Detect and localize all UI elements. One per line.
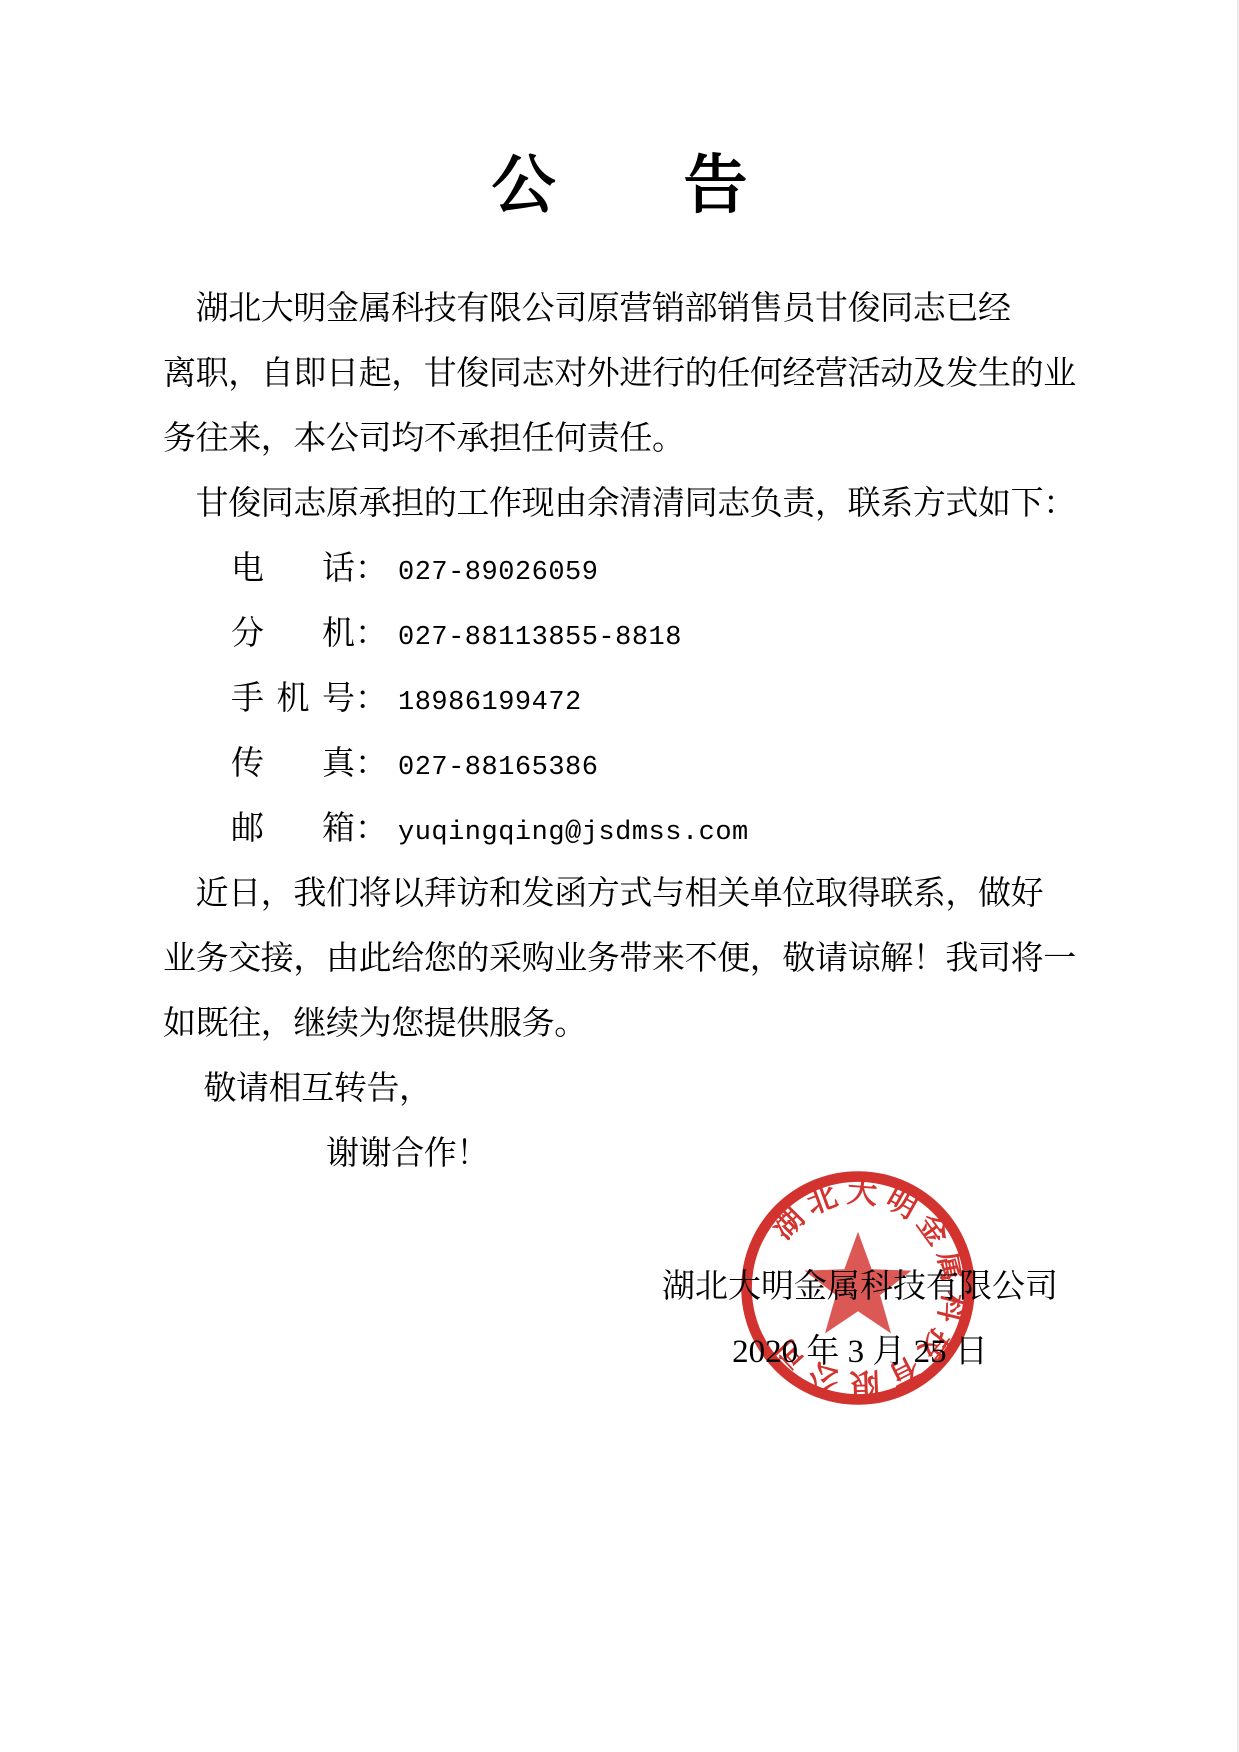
- contact-list: 电话：027-89026059分机：027-88113855-8818手机号：1…: [163, 537, 1079, 862]
- contact-label-char: 分: [231, 602, 264, 667]
- contact-label-char: 真: [322, 732, 355, 797]
- text-line: 湖北大明金属科技有限公司原营销部销售员甘俊同志已经: [163, 277, 1079, 342]
- contact-colon: ：: [355, 667, 388, 732]
- text-line: 务往来，本公司均不承担任何责任。: [163, 407, 1079, 472]
- contact-row: 手机号：18986199472: [163, 667, 1079, 732]
- text-line: 敬请相互转告，: [163, 1057, 1079, 1122]
- contact-label-char: 箱: [322, 797, 355, 862]
- contact-colon: ：: [355, 732, 388, 797]
- text-line: 如既往，继续为您提供服务。: [163, 992, 1079, 1057]
- contact-label-char: 邮: [231, 797, 264, 862]
- contact-label-char: 电: [231, 537, 264, 602]
- contact-label-char: 传: [231, 732, 264, 797]
- text-line: 甘俊同志原承担的工作现由余清清同志负责，联系方式如下：: [163, 472, 1079, 537]
- contact-label: 传真: [231, 732, 355, 797]
- contact-row: 电话：027-89026059: [163, 537, 1079, 602]
- page-title: 公 告: [0, 134, 1239, 226]
- signature-date: 2020 年 3 月 25 日: [600, 1320, 1120, 1385]
- contact-value: 18986199472: [398, 688, 582, 718]
- text-line: 离职，自即日起，甘俊同志对外进行的任何经营活动及发生的业: [163, 342, 1079, 407]
- contact-row: 邮箱：yuqingqing@jsdmss.com: [163, 797, 1079, 862]
- contact-value: 027-88113855-8818: [398, 623, 682, 653]
- text-line: 业务交接，由此给您的采购业务带来不便，敬请谅解！我司将一: [163, 927, 1079, 992]
- contact-value: 027-88165386: [398, 753, 598, 783]
- closing-paragraphs: 近日，我们将以拜访和发函方式与相关单位取得联系，做好业务交接，由此给您的采购业务…: [163, 862, 1079, 1187]
- contact-label: 分机: [231, 602, 355, 667]
- contact-label: 手机号: [231, 667, 355, 732]
- contact-label-char: 号: [322, 667, 355, 732]
- text-line: 近日，我们将以拜访和发函方式与相关单位取得联系，做好: [163, 862, 1079, 927]
- contact-label-char: 手: [231, 667, 264, 732]
- contact-label: 电话: [231, 537, 355, 602]
- contact-label-char: 机: [277, 667, 310, 732]
- announcement-page: 公 告 湖北大明金属科技有限公司原营销部销售员甘俊同志已经离职，自即日起，甘俊同…: [0, 0, 1239, 1752]
- contact-colon: ：: [355, 797, 388, 862]
- contact-label-char: 机: [322, 602, 355, 667]
- document-body: 湖北大明金属科技有限公司原营销部销售员甘俊同志已经离职，自即日起，甘俊同志对外进…: [163, 277, 1079, 1187]
- contact-colon: ：: [355, 537, 388, 602]
- text-line: 谢谢合作！: [163, 1122, 1079, 1187]
- contact-value: yuqingqing@jsdmss.com: [398, 818, 749, 848]
- contact-value: 027-89026059: [398, 558, 598, 588]
- contact-label-char: 话: [322, 537, 355, 602]
- contact-row: 传真：027-88165386: [163, 732, 1079, 797]
- signature-company: 湖北大明金属科技有限公司: [600, 1255, 1120, 1320]
- signature-block: 湖北大明金属科技有限公司 2020 年 3 月 25 日: [600, 1255, 1120, 1385]
- contact-row: 分机：027-88113855-8818: [163, 602, 1079, 667]
- opening-paragraphs: 湖北大明金属科技有限公司原营销部销售员甘俊同志已经离职，自即日起，甘俊同志对外进…: [163, 277, 1079, 537]
- contact-colon: ：: [355, 602, 388, 667]
- contact-label: 邮箱: [231, 797, 355, 862]
